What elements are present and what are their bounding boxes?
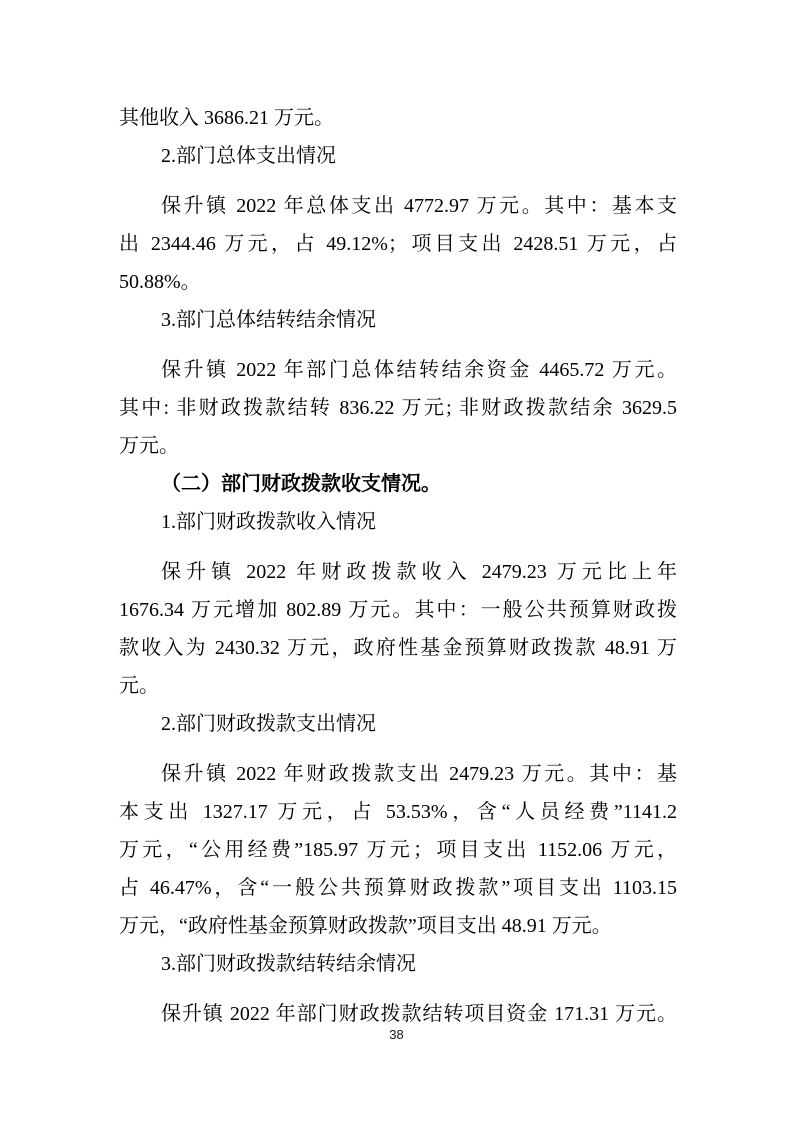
text-line: 万元，“政府性基金预算财政拨款”项目支出 48.91 万元。 — [119, 907, 677, 945]
text-line: （二）部门财政拨款收支情况。 — [119, 465, 677, 503]
text-line: 万元。 — [119, 427, 677, 465]
text-line: 其他收入 3686.21 万元。 — [119, 99, 677, 137]
document-body: 其他收入 3686.21 万元。2.部门总体支出情况保升镇 2022 年总体支出… — [119, 99, 677, 1033]
text-line: 占 46.47%，含“一般公共预算财政拨款”项目支出 1103.15 — [119, 869, 677, 907]
text-line: 元。 — [119, 667, 677, 705]
text-line: 保升镇 2022 年财政拨款收入 2479.23 万元比上年 — [119, 553, 677, 591]
text-line: 2.部门总体支出情况 — [119, 137, 677, 175]
text-line: 出 2344.46 万元，占 49.12%；项目支出 2428.51 万元，占 — [119, 225, 677, 263]
document-page: 其他收入 3686.21 万元。2.部门总体支出情况保升镇 2022 年总体支出… — [0, 0, 793, 1122]
text-line: 50.88%。 — [119, 263, 677, 301]
text-line: 万元，“公用经费”185.97 万元；项目支出 1152.06 万元， — [119, 831, 677, 869]
text-line: 其中: 非财政拨款结转 836.22 万元; 非财政拨款结余 3629.5 — [119, 389, 677, 427]
text-line: 1.部门财政拨款收入情况 — [119, 503, 677, 541]
text-line: 3.部门总体结转结余情况 — [119, 301, 677, 339]
text-line: 保升镇 2022 年部门总体结转结余资金 4465.72 万元。 — [119, 351, 677, 389]
text-line: 保升镇 2022 年总体支出 4772.97 万元。其中：基本支 — [119, 187, 677, 225]
text-line: 2.部门财政拨款支出情况 — [119, 705, 677, 743]
text-line: 本支出 1327.17 万元，占 53.53%，含“人员经费”1141.2 — [119, 793, 677, 831]
text-line: 3.部门财政拨款结转结余情况 — [119, 945, 677, 983]
text-line: 款收入为 2430.32 万元，政府性基金预算财政拨款 48.91 万 — [119, 629, 677, 667]
text-line: 1676.34 万元增加 802.89 万元。其中：一般公共预算财政拨 — [119, 591, 677, 629]
page-number: 38 — [0, 1027, 793, 1043]
text-line: 保升镇 2022 年财政拨款支出 2479.23 万元。其中：基 — [119, 755, 677, 793]
